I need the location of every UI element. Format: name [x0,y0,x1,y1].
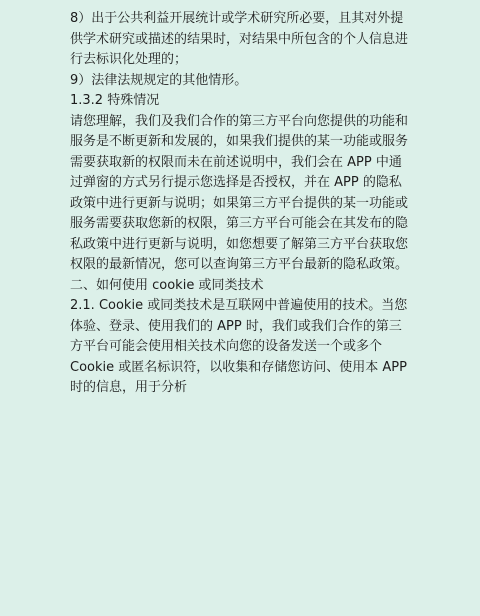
section-1-3-2-heading: 1.3.2 特殊情况 [70,91,414,112]
section-1-3-2-paragraph: 请您理解，我们及我们合作的第三方平台向您提供的功能和服务是不断更新和发展的，如果… [70,112,414,276]
section-2-1-paragraph: 2.1. Cookie 或同类技术是互联网中普遍使用的技术。当您体验、登录、使用… [70,296,414,399]
policy-text-content[interactable]: 8）出于公共利益开展统计或学术研究所必要，且其对外提供学术研究或描述的结果时，对… [0,0,480,616]
clause-8-paragraph: 8）出于公共利益开展统计或学术研究所必要，且其对外提供学术研究或描述的结果时，对… [70,9,414,71]
section-2-cookie-heading: 二、如何使用 cookie 或同类技术 [70,276,414,297]
privacy-policy-page: 8）出于公共利益开展统计或学术研究所必要，且其对外提供学术研究或描述的结果时，对… [0,0,480,616]
clause-9-paragraph: 9）法律法规规定的其他情形。 [70,71,414,92]
